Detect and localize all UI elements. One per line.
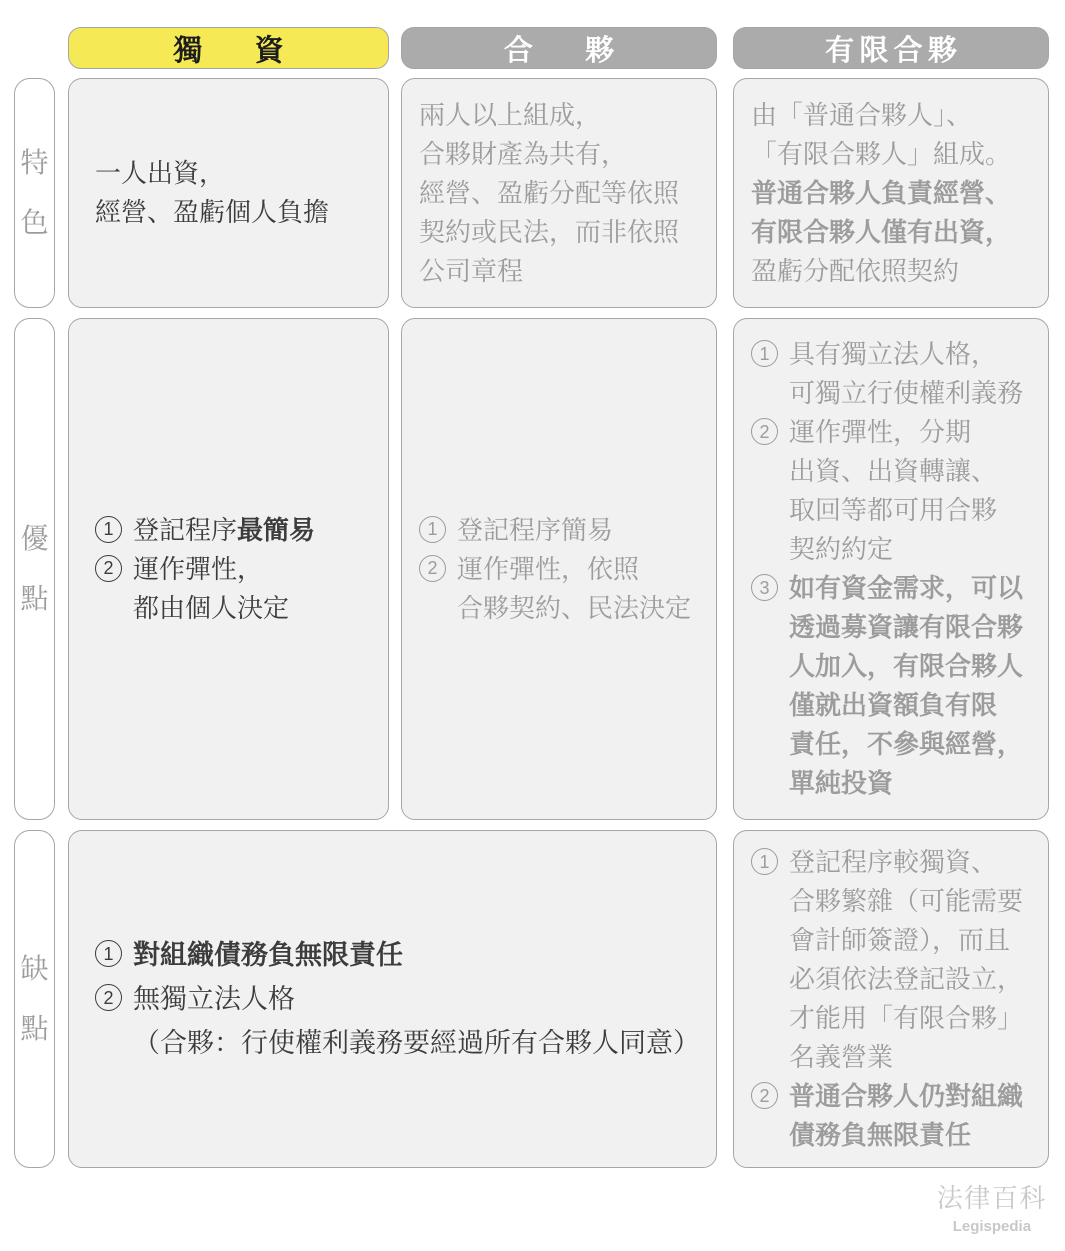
circled-number-badge: 2 — [751, 1082, 778, 1109]
column-header-partnership: 合夥 — [401, 27, 717, 69]
text-segment: 具有獨立法人格， 可獨立行使權利義務 — [789, 339, 1023, 408]
column-header-limited-partnership: 有限合夥 — [733, 27, 1049, 69]
list-item: 2無獨立法人格 （合夥：行使權利義務要經過所有合夥人同意） — [95, 977, 702, 1065]
item-text: 具有獨立法人格， 可獨立行使權利義務 — [789, 339, 1023, 408]
text-segment: 盈虧分配依照契約 — [751, 256, 959, 286]
item-text: 兩人以上組成， 合夥財產為共有， 經營、盈虧分配等依照 契約或民法，而非依照 公… — [419, 100, 679, 286]
text-segment: 無獨立法人格 （合夥：行使權利義務要經過所有合夥人同意） — [133, 984, 700, 1058]
text-segment: 登記程序 — [133, 515, 237, 545]
item-text: 無獨立法人格 （合夥：行使權利義務要經過所有合夥人同意） — [133, 984, 700, 1058]
list-item: 2運作彈性， 都由個人決定 — [95, 550, 374, 628]
row-header-advantages: 優點 — [14, 318, 55, 820]
text-segment: 由「普通合夥人」、 「有限合夥人」組成。 — [751, 100, 1011, 169]
cell-advantages-sole: 1登記程序最簡易2運作彈性， 都由個人決定 — [68, 318, 389, 820]
brand-footer: 法律百科 Legispedia — [937, 1178, 1047, 1235]
item-text: 登記程序較獨資、 合夥繁雜（可能需要 會計師簽證），而且 必須依法登記設立， 才… — [789, 847, 1023, 1072]
item-text: 登記程序簡易 — [457, 515, 613, 545]
text-segment-bold: 最簡易 — [237, 515, 315, 545]
list-item: 2運作彈性，依照 合夥契約、民法決定 — [419, 550, 706, 628]
list-item: 1具有獨立法人格， 可獨立行使權利義務 — [751, 335, 1038, 413]
item-text: 運作彈性， 都由個人決定 — [133, 554, 289, 623]
item-text: 由「普通合夥人」、 「有限合夥人」組成。 普通合夥人負責經營、 有限合夥人僅有出… — [751, 100, 1011, 286]
row-header-disadvantages: 缺點 — [14, 830, 55, 1168]
text-segment: 登記程序較獨資、 合夥繁雜（可能需要 會計師簽證），而且 必須依法登記設立， 才… — [789, 847, 1023, 1072]
list-item: 1登記程序較獨資、 合夥繁雜（可能需要 會計師簽證），而且 必須依法登記設立， … — [751, 843, 1038, 1077]
list-item: 兩人以上組成， 合夥財產為共有， 經營、盈虧分配等依照 契約或民法，而非依照 公… — [419, 96, 706, 291]
brand-logo-subtext: Legispedia — [937, 1218, 1047, 1235]
cell-disadvantages-sole-and-partnership: 1對組織債務負無限責任2無獨立法人格 （合夥：行使權利義務要經過所有合夥人同意） — [68, 830, 717, 1168]
circled-number-badge: 2 — [95, 555, 122, 582]
list-item: 2普通合夥人仍對組織 債務負無限責任 — [751, 1077, 1038, 1155]
item-text: 運作彈性，依照 合夥契約、民法決定 — [457, 554, 691, 623]
row-header-features: 特色 — [14, 78, 55, 308]
item-text: 運作彈性，分期 出資、出資轉讓、 取回等都可用合夥 契約約定 — [789, 417, 997, 564]
brand-logo-text: 法律百科 — [937, 1178, 1047, 1215]
list-item: 一人出資， 經營、盈虧個人負擔 — [95, 154, 374, 232]
text-segment: 運作彈性，依照 合夥契約、民法決定 — [457, 554, 691, 623]
circled-number-badge: 1 — [751, 848, 778, 875]
circled-number-badge: 2 — [751, 418, 778, 445]
list-item: 由「普通合夥人」、 「有限合夥人」組成。 普通合夥人負責經營、 有限合夥人僅有出… — [751, 96, 1038, 291]
text-segment: 兩人以上組成， 合夥財產為共有， 經營、盈虧分配等依照 契約或民法，而非依照 公… — [419, 100, 679, 286]
circled-number-badge: 1 — [751, 340, 778, 367]
item-text: 一人出資， 經營、盈虧個人負擔 — [95, 158, 329, 227]
list-item: 2運作彈性，分期 出資、出資轉讓、 取回等都可用合夥 契約約定 — [751, 413, 1038, 569]
circled-number-badge: 3 — [751, 574, 778, 601]
item-text: 登記程序最簡易 — [133, 515, 315, 545]
text-segment: 登記程序簡易 — [457, 515, 613, 545]
cell-advantages-limited-partnership: 1具有獨立法人格， 可獨立行使權利義務2運作彈性，分期 出資、出資轉讓、 取回等… — [733, 318, 1049, 820]
text-segment: 運作彈性，分期 出資、出資轉讓、 取回等都可用合夥 契約約定 — [789, 417, 997, 564]
circled-number-badge: 2 — [419, 555, 446, 582]
circled-number-badge: 2 — [95, 984, 122, 1011]
list-item: 3如有資金需求，可以 透過募資讓有限合夥 人加入，有限合夥人 僅就出資額負有限 … — [751, 569, 1038, 803]
circled-number-badge: 1 — [419, 516, 446, 543]
text-segment-bold: 對組織債務負無限責任 — [133, 940, 403, 970]
circled-number-badge: 1 — [95, 940, 122, 967]
text-segment-bold: 普通合夥人仍對組織 債務負無限責任 — [789, 1081, 1023, 1150]
list-item: 1登記程序最簡易 — [95, 511, 374, 550]
circled-number-badge: 1 — [95, 516, 122, 543]
text-segment: 一人出資， 經營、盈虧個人負擔 — [95, 158, 329, 227]
item-text: 普通合夥人仍對組織 債務負無限責任 — [789, 1081, 1023, 1150]
list-item: 1登記程序簡易 — [419, 511, 706, 550]
text-segment: 運作彈性， 都由個人決定 — [133, 554, 289, 623]
item-text: 對組織債務負無限責任 — [133, 940, 403, 970]
list-item: 1對組織債務負無限責任 — [95, 933, 702, 977]
text-segment-bold: 普通合夥人負責經營、 有限合夥人僅有出資， — [751, 178, 1011, 247]
cell-features-limited-partnership: 由「普通合夥人」、 「有限合夥人」組成。 普通合夥人負責經營、 有限合夥人僅有出… — [733, 78, 1049, 308]
cell-disadvantages-limited-partnership: 1登記程序較獨資、 合夥繁雜（可能需要 會計師簽證），而且 必須依法登記設立， … — [733, 830, 1049, 1168]
column-header-sole-proprietorship: 獨資 — [68, 27, 389, 69]
cell-features-partnership: 兩人以上組成， 合夥財產為共有， 經營、盈虧分配等依照 契約或民法，而非依照 公… — [401, 78, 717, 308]
text-segment-bold: 如有資金需求，可以 透過募資讓有限合夥 人加入，有限合夥人 僅就出資額負有限 責… — [789, 573, 1023, 798]
cell-features-sole: 一人出資， 經營、盈虧個人負擔 — [68, 78, 389, 308]
cell-advantages-partnership: 1登記程序簡易2運作彈性，依照 合夥契約、民法決定 — [401, 318, 717, 820]
item-text: 如有資金需求，可以 透過募資讓有限合夥 人加入，有限合夥人 僅就出資額負有限 責… — [789, 573, 1023, 798]
business-entity-comparison-table: 獨資 合夥 有限合夥 特色 優點 缺點 一人出資， 經營、盈虧個人負擔 兩人以上… — [0, 0, 1065, 1251]
